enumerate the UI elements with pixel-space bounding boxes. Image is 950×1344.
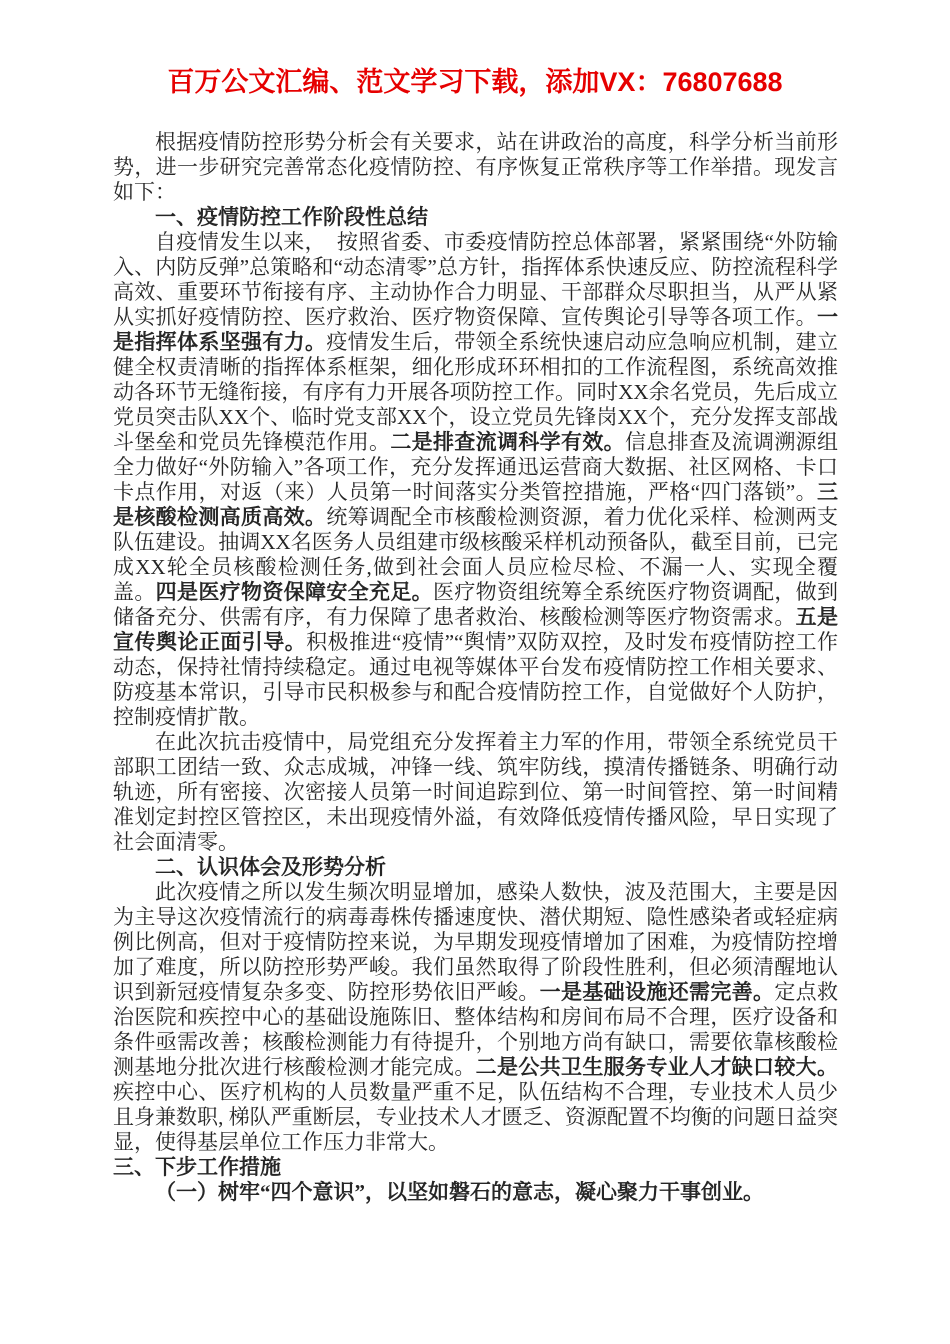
bold-run: 四是医疗物资保障安全充足。 bbox=[156, 580, 433, 604]
bold-run: （一）树牢“四个意识”，以坚如磐石的意志，凝心聚力干事创业。 bbox=[155, 1180, 764, 1204]
heading-section-2: 二、认识体会及形势分析 bbox=[113, 855, 838, 880]
heading-section-1: 一、疫情防控工作阶段性总结 bbox=[113, 205, 838, 230]
intro-paragraph: 根据疫情防控形势分析会有关要求，站在讲政治的高度，科学分析当前形势，进一步研究完… bbox=[113, 130, 838, 205]
text-run: 自疫情发生以来， 按照省委、市委疫情防控总体部署，紧紧围绕“外防输入、内防反弹”… bbox=[113, 230, 838, 329]
text-run: 根据疫情防控形势分析会有关要求，站在讲政治的高度，科学分析当前形势，进一步研究完… bbox=[113, 130, 838, 204]
section-1-summary-paragraph: 在此次抗击疫情中，局党组充分发挥着主力军的作用，带领全系统党员干部职工团结一致、… bbox=[113, 730, 838, 855]
document-body: 根据疫情防控形势分析会有关要求，站在讲政治的高度，科学分析当前形势，进一步研究完… bbox=[113, 130, 838, 1205]
text-run: 疾控中心、医疗机构的人员数量严重不足，队伍结构不合理，专业技术人员少且身兼数职,… bbox=[113, 1080, 838, 1154]
section-3-item-1: （一）树牢“四个意识”，以坚如磐石的意志，凝心聚力干事创业。 bbox=[113, 1180, 838, 1205]
bold-run: 三、下步工作措施 bbox=[113, 1155, 281, 1179]
heading-section-3: 三、下步工作措施 bbox=[113, 1155, 838, 1180]
bold-run: 一是基础设施还需完善。 bbox=[540, 980, 775, 1004]
bold-run: 二是公共卫生服务专业人才缺口较大。 bbox=[476, 1055, 838, 1079]
bold-run: 一、疫情防控工作阶段性总结 bbox=[155, 205, 428, 229]
bold-run: 二、认识体会及形势分析 bbox=[155, 855, 386, 879]
text-run: 在此次抗击疫情中，局党组充分发挥着主力军的作用，带领全系统党员干部职工团结一致、… bbox=[113, 730, 838, 854]
section-2-paragraph: 此次疫情之所以发生频次明显增加，感染人数快，波及范围大，主要是因为主导这次疫情流… bbox=[113, 880, 838, 1155]
section-1-paragraph: 自疫情发生以来， 按照省委、市委疫情防控总体部署，紧紧围绕“外防输入、内防反弹”… bbox=[113, 230, 838, 730]
bold-run: 二是排查流调科学有效。 bbox=[390, 430, 625, 454]
header-ad-notice: 百万公文汇编、范文学习下载，添加VX：76807688 bbox=[0, 0, 950, 98]
document-page: 百万公文汇编、范文学习下载，添加VX：76807688 根据疫情防控形势分析会有… bbox=[0, 0, 950, 1344]
